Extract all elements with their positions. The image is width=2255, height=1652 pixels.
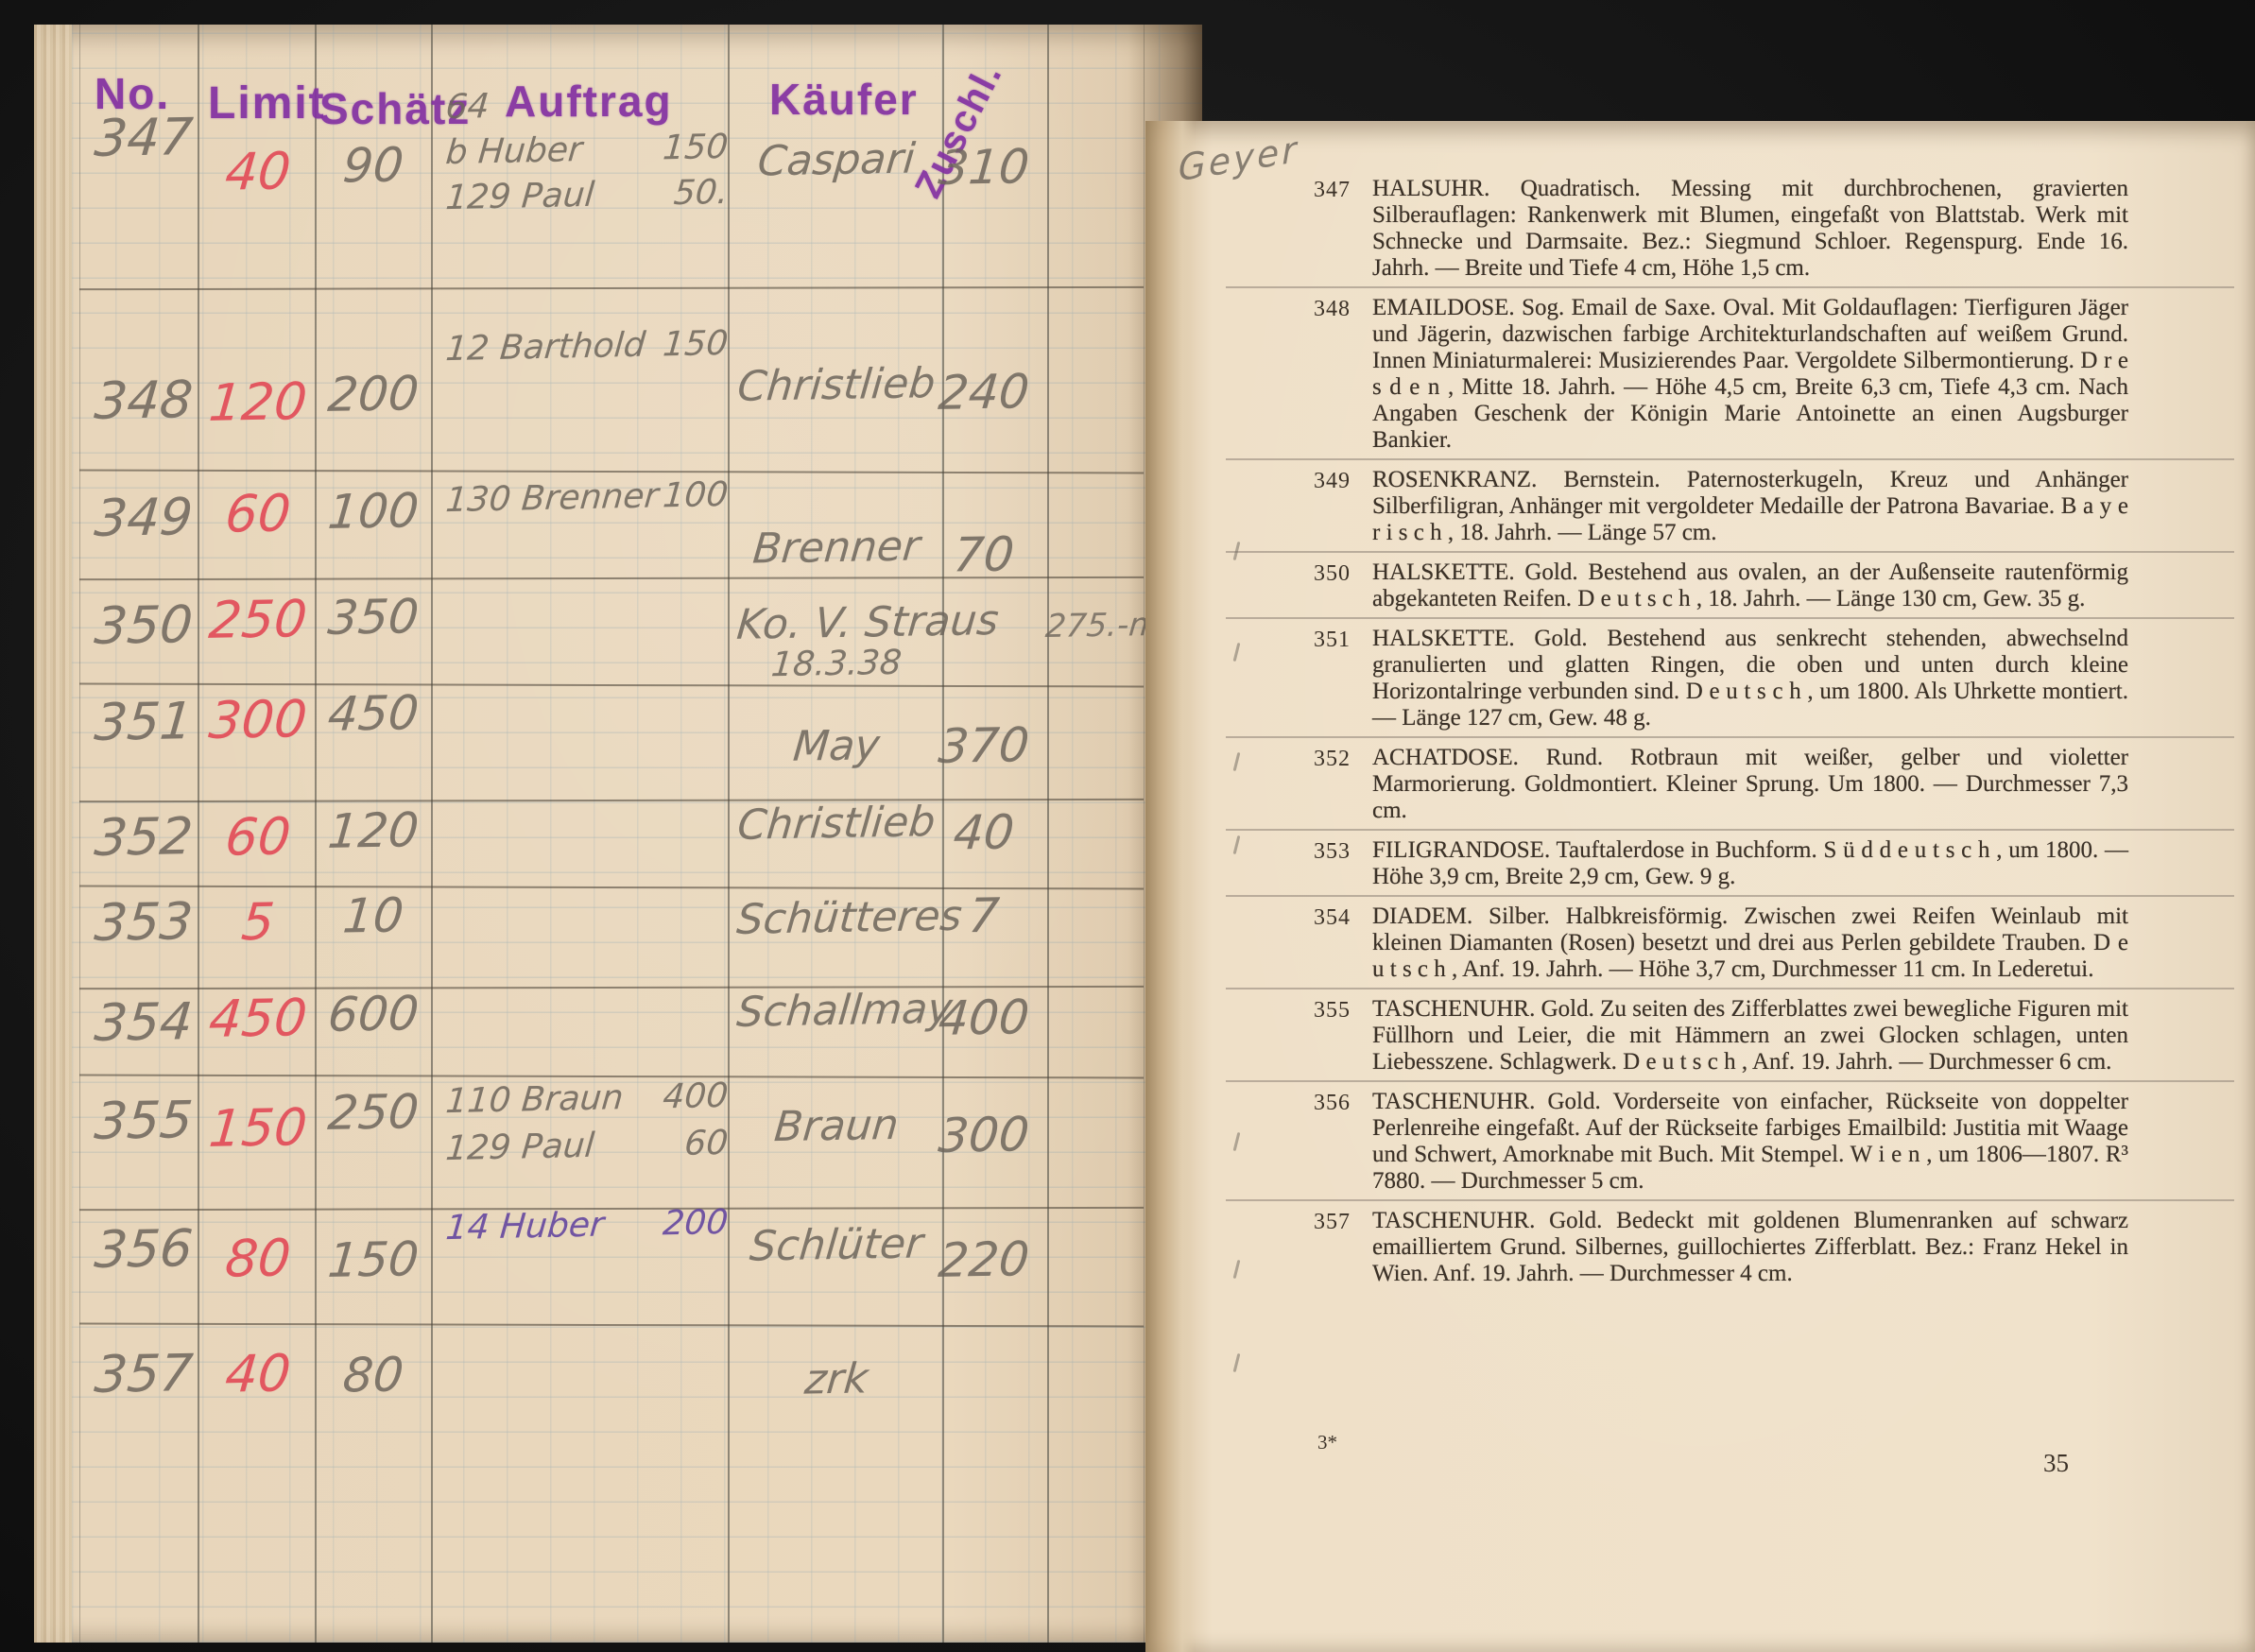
column-rule <box>79 25 80 1643</box>
column-rule <box>431 25 433 1643</box>
order-amount: 60 <box>683 1124 730 1163</box>
pencil-tick <box>1233 1132 1241 1151</box>
order-bidder: 14 Huber <box>444 1206 606 1248</box>
limit-value: 60 <box>201 806 315 868</box>
order-bidder: 129 Paul <box>444 176 596 217</box>
estimate-value: 600 <box>315 986 431 1042</box>
catalog-entry-348: 348EMAILDOSE. Sog. Email de Saxe. Oval. … <box>1372 295 2128 454</box>
hammer-price: 220 <box>925 1231 1041 1288</box>
estimate-value: 150 <box>315 1231 431 1288</box>
ledger-page: No. Limit Schätz Auftrag Käufer Zuschl. … <box>34 25 1202 1643</box>
buyer-date: 18.3.38 <box>735 643 938 685</box>
buyer-name: Caspari <box>735 134 938 186</box>
lot-number: 357 <box>84 1343 203 1404</box>
catalog-entry-353: 353FILIGRANDOSE. Tauftalerdose in Buchfo… <box>1372 837 2128 890</box>
buyer-name: Brenner <box>735 522 938 574</box>
entry-number: 347 <box>1314 178 1365 203</box>
entry-description: TASCHENUHR. Gold. Vorderseite von einfac… <box>1372 1089 2128 1195</box>
order-amount: 100 <box>662 475 730 515</box>
entry-number: 354 <box>1314 905 1365 931</box>
estimate-value: 250 <box>315 1084 431 1141</box>
estimate-value: 10 <box>315 887 431 944</box>
limit-value: 60 <box>201 483 315 544</box>
entry-number: 357 <box>1314 1210 1365 1235</box>
pencil-annotation-geyer: Geyer <box>1178 129 1300 190</box>
catalog-entry-356: 356TASCHENUHR. Gold. Vorderseite von ein… <box>1372 1089 2128 1195</box>
limit-value: 120 <box>201 371 315 433</box>
limit-value: 300 <box>201 689 315 750</box>
limit-value: 5 <box>201 891 315 953</box>
pencil-tick <box>1233 835 1241 854</box>
limit-value: 250 <box>201 589 315 650</box>
page-number: 35 <box>2043 1449 2069 1478</box>
buyer-name: Schallmay <box>735 985 938 1037</box>
estimate-value: 120 <box>315 802 431 859</box>
order-amount: 50. <box>672 173 730 213</box>
hammer-price: 240 <box>925 364 1041 421</box>
lot-number: 356 <box>84 1218 203 1280</box>
pencil-tick <box>1233 643 1241 662</box>
estimate-value: 80 <box>315 1347 431 1403</box>
pencil-tick <box>1233 1260 1241 1279</box>
catalog-entry-350: 350HALSKETTE. Gold. Bestehend aus ovalen… <box>1372 559 2128 612</box>
limit-value: 450 <box>201 988 315 1049</box>
estimate-value: 350 <box>315 589 431 645</box>
order-line: 64 <box>444 82 730 127</box>
entry-description: TASCHENUHR. Gold. Bedeckt mit goldenen B… <box>1372 1208 2128 1287</box>
order-line: b Huber150 <box>444 128 730 172</box>
order-amount: 400 <box>662 1076 730 1116</box>
pencil-tick <box>1233 752 1241 771</box>
entry-description: ROSENKRANZ. Bernstein. Paternosterkugeln… <box>1372 467 2128 546</box>
lot-number: 348 <box>84 370 203 431</box>
order-amount: 200 <box>662 1203 730 1243</box>
entry-description: FILIGRANDOSE. Tauftalerdose in Buchform.… <box>1372 837 2128 890</box>
catalog-entry-list: 347HALSUHR. Quadratisch. Messing mit dur… <box>1372 176 2128 1300</box>
entry-number: 356 <box>1314 1091 1365 1116</box>
order-bidder: 110 Braun <box>444 1078 625 1121</box>
order-line: 12 Barthold150 <box>444 324 730 369</box>
hammer-price: 400 <box>925 989 1041 1046</box>
entry-number: 349 <box>1314 469 1365 494</box>
catalog-entry-352: 352ACHATDOSE. Rund. Rotbraun mit weißer,… <box>1372 745 2128 824</box>
lot-number: 354 <box>84 991 203 1053</box>
order-line: 110 Braun400 <box>444 1076 730 1121</box>
limit-value: 80 <box>201 1228 315 1289</box>
lot-number: 353 <box>84 891 203 953</box>
order-bidder: 64 <box>444 87 491 127</box>
lot-number: 347 <box>84 107 203 168</box>
hammer-price: 370 <box>925 717 1041 774</box>
order-bidder: 12 Barthold <box>444 326 646 369</box>
order-line: 129 Paul60 <box>444 1124 730 1168</box>
page-curl-edge <box>1145 121 1195 1652</box>
entry-number: 353 <box>1314 839 1365 865</box>
entry-description: HALSUHR. Quadratisch. Messing mit durchb… <box>1372 176 2128 282</box>
limit-value: 150 <box>201 1097 315 1159</box>
hammer-price: 40 <box>925 804 1041 861</box>
hammer-price: 70 <box>925 526 1041 583</box>
buyer-name: Braun <box>735 1100 938 1152</box>
estimate-value: 90 <box>315 137 431 194</box>
order-amount: 150 <box>662 324 730 364</box>
header-kaeufer: Käufer <box>769 74 919 125</box>
buyer-name: Schlüter <box>735 1219 938 1271</box>
estimate-value: 450 <box>315 685 431 742</box>
order-amount: 150 <box>662 128 730 167</box>
order-bidder: b Huber <box>444 130 584 172</box>
buyer-name: Christlieb <box>735 798 938 850</box>
hammer-price: 7 <box>925 887 1041 944</box>
header-limit: Limit <box>208 77 326 129</box>
order-bidder: 129 Paul <box>444 1127 596 1168</box>
entry-number: 351 <box>1314 628 1365 653</box>
catalog-entry-349: 349ROSENKRANZ. Bernstein. Paternosterkug… <box>1372 467 2128 546</box>
entry-description: EMAILDOSE. Sog. Email de Saxe. Oval. Mit… <box>1372 295 2128 454</box>
hammer-price: 310 <box>925 139 1041 196</box>
entry-description: HALSKETTE. Gold. Bestehend aus senkrecht… <box>1372 626 2128 731</box>
catalog-page: Geyer 347HALSUHR. Quadratisch. Messing m… <box>1145 121 2255 1652</box>
entry-description: ACHATDOSE. Rund. Rotbraun mit weißer, ge… <box>1372 745 2128 824</box>
lot-number: 351 <box>84 691 203 752</box>
entry-description: HALSKETTE. Gold. Bestehend aus ovalen, a… <box>1372 559 2128 612</box>
lot-number: 355 <box>84 1090 203 1151</box>
page-stack-edge <box>34 25 72 1643</box>
estimate-value: 200 <box>315 366 431 422</box>
buyer-name: zrk <box>735 1353 938 1405</box>
estimate-value: 100 <box>315 483 431 540</box>
catalog-entry-347: 347HALSUHR. Quadratisch. Messing mit dur… <box>1372 176 2128 282</box>
lot-number: 350 <box>84 594 203 656</box>
lot-number: 352 <box>84 806 203 868</box>
buyer-name: Christlieb <box>735 359 938 411</box>
buyer-name: Ko. V. Straus <box>735 597 938 649</box>
catalog-entry-354: 354DIADEM. Silber. Halbkreisförmig. Zwis… <box>1372 903 2128 983</box>
catalog-entry-355: 355TASCHENUHR. Gold. Zu seiten des Ziffe… <box>1372 996 2128 1076</box>
limit-value: 40 <box>201 1343 315 1404</box>
entry-number: 355 <box>1314 998 1365 1024</box>
signature-mark: 3* <box>1317 1431 1337 1454</box>
hammer-price: 300 <box>925 1107 1041 1163</box>
buyer-name: May <box>735 720 938 772</box>
catalog-entry-351: 351HALSKETTE. Gold. Bestehend aus senkre… <box>1372 626 2128 731</box>
entry-number: 352 <box>1314 747 1365 772</box>
pencil-tick <box>1233 1353 1241 1372</box>
entry-number: 348 <box>1314 297 1365 322</box>
order-bidder: 130 Brenner <box>444 476 660 520</box>
order-line: 14 Huber200 <box>444 1203 730 1248</box>
catalog-entry-357: 357TASCHENUHR. Gold. Bedeckt mit goldene… <box>1372 1208 2128 1287</box>
entry-number: 350 <box>1314 561 1365 587</box>
lot-number: 349 <box>84 487 203 548</box>
order-line: 130 Brenner100 <box>444 475 730 520</box>
column-rule <box>728 25 730 1643</box>
column-rule <box>1047 25 1049 1643</box>
entry-description: TASCHENUHR. Gold. Zu seiten des Zifferbl… <box>1372 996 2128 1076</box>
order-line: 129 Paul50. <box>444 173 730 217</box>
buyer-name: Schütteres <box>735 892 938 944</box>
entry-description: DIADEM. Silber. Halbkreisförmig. Zwische… <box>1372 903 2128 983</box>
limit-value: 40 <box>201 141 315 202</box>
